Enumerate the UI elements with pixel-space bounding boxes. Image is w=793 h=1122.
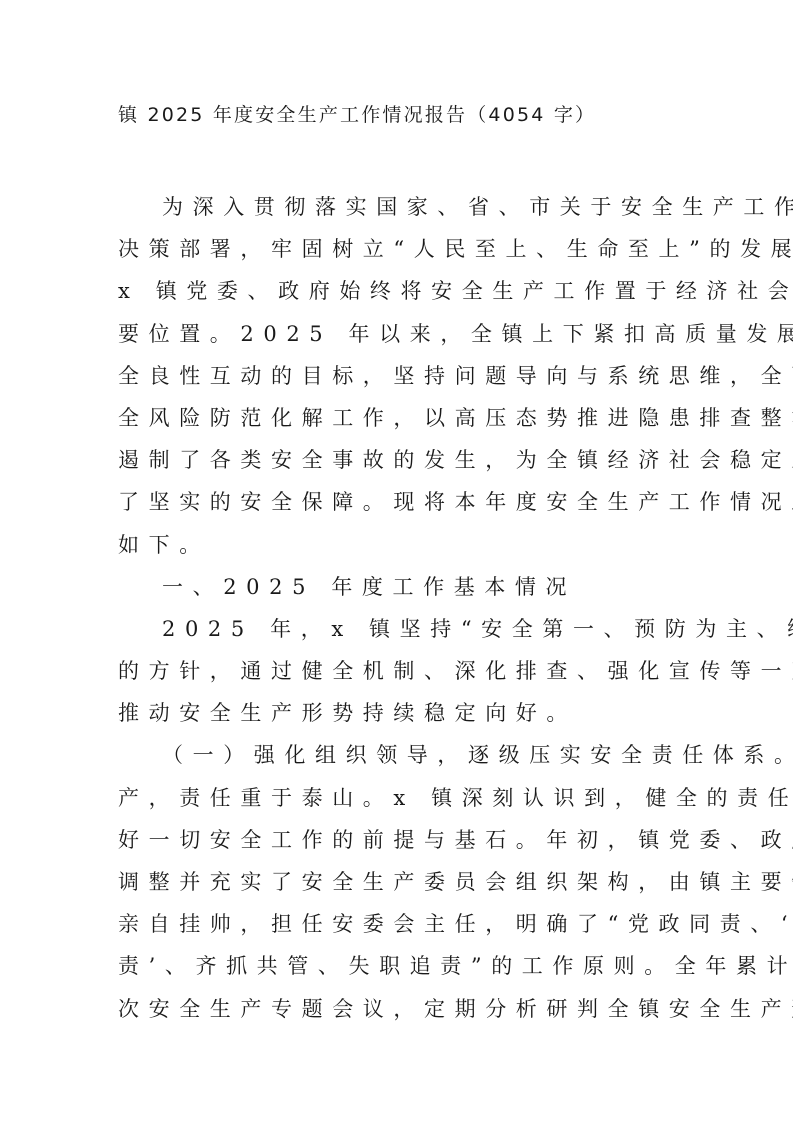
paragraph-line: 如下。: [118, 524, 678, 566]
paragraph-line: （一）强化组织领导，逐级压实安全责任体系。安全生: [118, 734, 678, 776]
section-heading: 一、2025 年度工作基本情况: [118, 566, 678, 608]
paragraph-line: 的方针，通过健全机制、深化排查、强化宣传等一系列举措，: [118, 650, 678, 692]
paragraph-line: 推动安全生产形势持续稳定向好。: [118, 692, 678, 734]
document-body: 为深入贯彻落实国家、省、市关于安全生产工作的系列决策部署，牢固树立“人民至上、生…: [118, 186, 678, 1030]
paragraph-line: 要位置。2025 年以来，全镇上下紧扣高质量发展和高水平安: [118, 313, 678, 355]
paragraph-line: 遏制了各类安全事故的发生，为全镇经济社会稳定发展提供: [118, 439, 678, 481]
paragraph-line: 2025 年，x 镇坚持“安全第一、预防为主、综合治理”: [118, 608, 678, 650]
paragraph-line: 好一切安全工作的前提与基石。年初，镇党委、政府便及时: [118, 819, 678, 861]
document-title: 镇 2025 年度安全生产工作情况报告（4054 字）: [118, 100, 718, 130]
paragraph-line: 产，责任重于泰山。x 镇深刻认识到，健全的责任体系是做: [118, 777, 678, 819]
paragraph-line: 次安全生产专题会议，定期分析研判全镇安全生产形势，针: [118, 988, 678, 1030]
paragraph-line: 全良性互动的目标，坚持问题导向与系统思维，全面深化安: [118, 355, 678, 397]
paragraph-line: 亲自挂帅，担任安委会主任，明确了“党政同责、‘一岗双: [118, 903, 678, 945]
paragraph-line: 为深入贯彻落实国家、省、市关于安全生产工作的系列: [118, 186, 678, 228]
paragraph-line: 调整并充实了安全生产委员会组织架构，由镇主要领导同志: [118, 861, 678, 903]
document-page: 镇 2025 年度安全生产工作情况报告（4054 字） 为深入贯彻落实国家、省、…: [0, 0, 793, 1122]
paragraph-line: x 镇党委、政府始终将安全生产工作置于经济社会发展的首: [118, 270, 678, 312]
paragraph-line: 责’、齐抓共管、失职追责”的工作原则。全年累计召开 8: [118, 945, 678, 987]
paragraph-line: 决策部署，牢固树立“人民至上、生命至上”的发展思想，: [118, 228, 678, 270]
paragraph-line: 了坚实的安全保障。现将本年度安全生产工作情况总结报告: [118, 481, 678, 523]
paragraph-line: 全风险防范化解工作，以高压态势推进隐患排查整治，有效: [118, 397, 678, 439]
